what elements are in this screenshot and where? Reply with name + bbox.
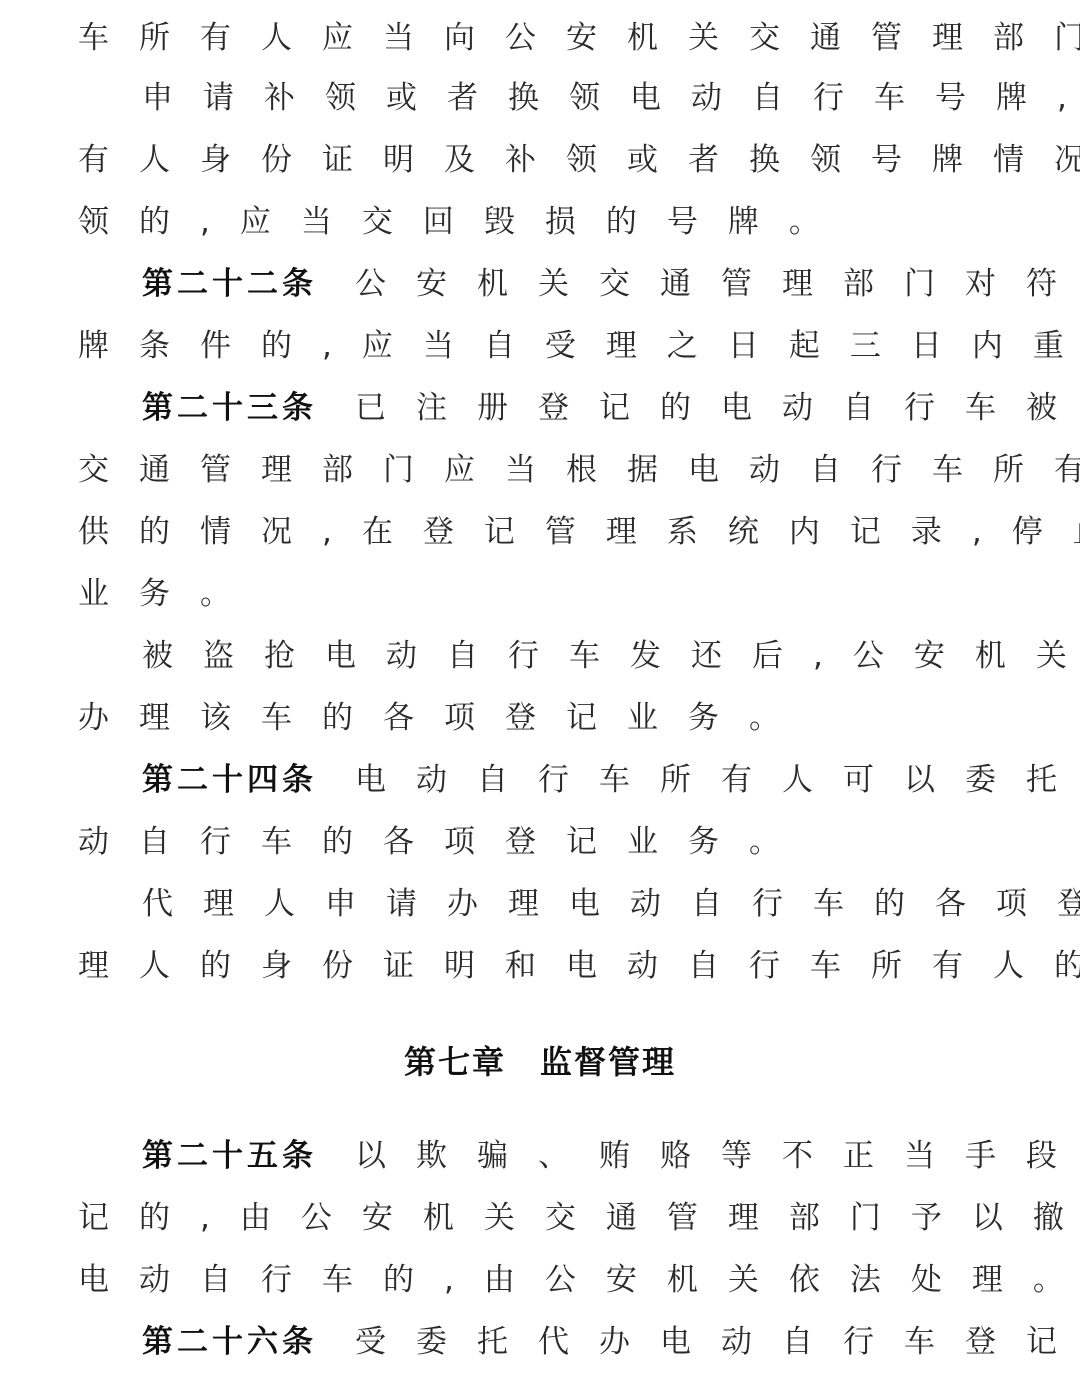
article-text: 以欺骗、贿赂等不正当手段取得电动自行车登 [355, 1138, 1080, 1174]
text-line: 办理该车的各项登记业务。 [78, 698, 1008, 738]
text-line: 牌条件的,应当自受理之日起三日内重新编发新号牌。 [78, 326, 1008, 366]
article-text: 受委托代办电动自行车登记业务的乡(镇)人 [355, 1324, 1080, 1360]
text-line: 电动自行车的,由公安机关依法处理。 [78, 1260, 1008, 1300]
article-text: 已注册登记的电动自行车被盗抢的,公安机关 [355, 390, 1080, 426]
article-25-line: 第二十五条以欺骗、贿赂等不正当手段取得电动自行车登 [142, 1136, 1072, 1176]
text-line: 动自行车的各项登记业务。 [78, 822, 1008, 862]
article-22-line: 第二十二条公安机关交通管理部门对符合补领或者换领号 [142, 264, 1072, 304]
text-line: 业务。 [78, 574, 1008, 614]
text-line: 理人的身份证明和电动自行车所有人的书面委托。 [78, 946, 1008, 986]
article-number-25: 第二十五条 [142, 1138, 317, 1174]
text-line: 供的情况,在登记管理系统内记录,停止办理该车的各项登记 [78, 512, 1008, 552]
article-number-23: 第二十三条 [142, 390, 317, 426]
chapter-number: 第七章 [404, 1043, 506, 1081]
article-number-22: 第二十二条 [142, 266, 317, 302]
paragraph-start-line: 被盗抢电动自行车发还后,公安机关交通管理部门应当恢复 [142, 636, 1072, 676]
text-line: 车所有人应当向公安机关交通管理部门申请补领或者换领。 [78, 18, 1008, 58]
article-text: 公安机关交通管理部门对符合补领或者换领号 [355, 266, 1080, 302]
article-number-24: 第二十四条 [142, 762, 317, 798]
text-line: 交通管理部门应当根据电动自行车所有人申请及有关办案部门提 [78, 450, 1008, 490]
text-line: 领的,应当交回毁损的号牌。 [78, 202, 1008, 242]
article-number-26: 第二十六条 [142, 1324, 317, 1360]
paragraph-start-line: 申请补领或者换领电动自行车号牌,应当提交电动自行车所 [142, 78, 1072, 118]
chapter-title: 监督管理 [540, 1043, 676, 1081]
article-24-line: 第二十四条电动自行车所有人可以委托代理人申请办理电 [142, 760, 1072, 800]
chapter-heading: 第七章监督管理 [0, 1040, 1080, 1084]
text-line: 记的,由公安机关交通管理部门予以撤销,收缴号牌。对涉嫌盗抢 [78, 1198, 1008, 1238]
article-26-line: 第二十六条受委托代办电动自行车登记业务的乡(镇)人 [142, 1322, 1072, 1362]
text-line: 有人身份证明及补领或者换领号牌情况说明。因号牌毁损申请换 [78, 140, 1008, 180]
paragraph-start-line: 代理人申请办理电动自行车的各项登记业务时,应当提交代 [142, 884, 1072, 924]
document-page: 车所有人应当向公安机关交通管理部门申请补领或者换领。 申请补领或者换领电动自行车… [0, 0, 1080, 1377]
article-23-line: 第二十三条已注册登记的电动自行车被盗抢的,公安机关 [142, 388, 1072, 428]
article-text: 电动自行车所有人可以委托代理人申请办理电 [355, 762, 1080, 798]
